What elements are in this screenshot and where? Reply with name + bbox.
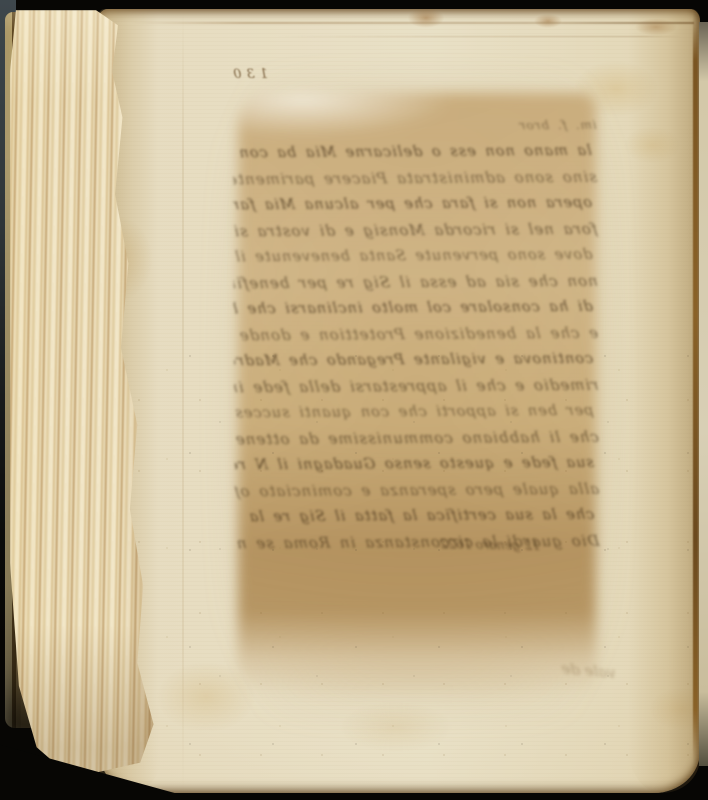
ghost-text-line: fora nel si ricorda Monsig e di vostra s… (232, 216, 598, 245)
adjacent-page-strip (699, 22, 708, 766)
speckle-dots (96, 339, 700, 793)
folio-number-bleedthrough: 130 (208, 67, 268, 87)
top-edge-crease-faint (277, 36, 682, 37)
ghost-text-line: sino sono administrata Piacere parimente… (232, 164, 598, 193)
ghost-text-line: im. f. bror (232, 112, 598, 141)
top-edge-crease (132, 22, 694, 24)
manuscript-page: 130 im. f. brorla mano non ess o delicar… (96, 9, 700, 793)
ghost-text-line: dove sono pervenute Santa benevenute il … (232, 242, 593, 270)
page-right-curl-shadow (628, 9, 700, 793)
ghost-text-line: di ha consolare col molto inclinarsi che… (232, 294, 594, 322)
ghost-text-line: opera non si fara che per alcuna Mia far… (232, 190, 593, 218)
ghost-text-line: non che sia ad essa il Sig re per benefi… (232, 268, 599, 297)
gutter-shadow-line (693, 16, 698, 762)
ghost-text-line: la mano non ess o delicarne Mia ba con f… (232, 138, 593, 166)
manuscript-scan: 130 im. f. brorla mano non ess o delicar… (0, 0, 708, 800)
